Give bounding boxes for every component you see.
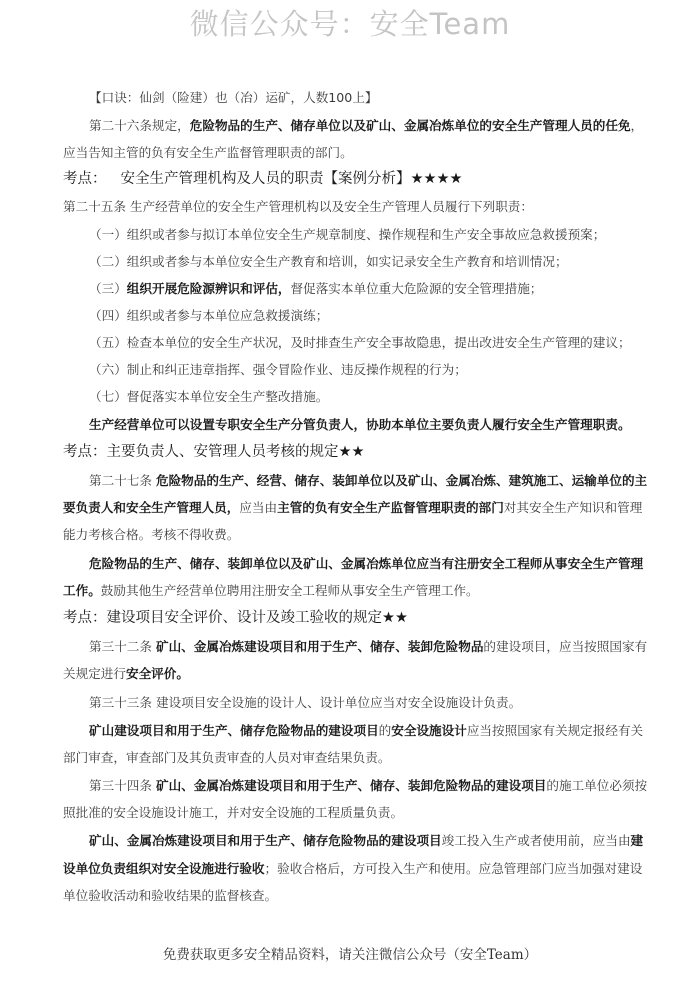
emphasis: 主管的负有安全生产监督管理职责的部门 <box>277 500 504 515</box>
article-25-item-5: （五）检查本单位的安全生产状况，及时排查生产安全事故隐患，提出改进安全生产管理的… <box>89 335 631 351</box>
item-text: 检查本单位的安全生产状况，及时排查生产安全事故隐患，提出改进安全生产管理的建议； <box>127 335 631 350</box>
item-text: 组织或者参与本单位应急救援演练； <box>127 308 329 323</box>
article-34-para-2-line-2: 设单位负责组织对安全设施进行验收；验收合格后，方可投入生产和使用。应急管理部门应… <box>63 861 642 877</box>
text: 的施工单位必须按 <box>546 778 647 793</box>
article-26-line-1: 第二十六条规定，危险物品的生产、储存单位以及矿山、金属冶炼单位的安全生产管理人员… <box>89 118 643 134</box>
item-number: （三） <box>89 281 127 296</box>
article-25-item-6: （六）制止和纠正违章指挥、强令冒险作业、违反操作规程的行为； <box>89 362 467 378</box>
emphasis: 安全设施设计 <box>391 723 467 738</box>
key-point-3-heading: 考点：建设项目安全评价、设计及竣工验收的规定★★ <box>63 610 408 626</box>
article-27-para-2-line-1: 危险物品的生产、储存、装卸单位以及矿山、金属冶炼单位应当有注册安全工程师从事安全… <box>89 556 643 572</box>
article-34-para-2-line-3: 单位验收活动和验收结果的监督核查。 <box>63 888 277 904</box>
text: 鼓励其他生产经营单位聘用注册安全工程师从事安全生产管理工作。 <box>101 583 479 598</box>
article-25-item-3: （三）组织开展危险源辨识和评估，督促落实本单位重大危险源的安全管理措施； <box>89 281 542 297</box>
text: 应当按照国家有关规定报经有关 <box>467 723 643 738</box>
article-27-line-2: 要负责人和安全生产管理人员，应当由主管的负有安全生产监督管理职责的部门对其安全生… <box>63 500 642 516</box>
item-emphasis: 组织开展危险源辨识和评估， <box>127 281 291 296</box>
article-33-line-1: 第三十三条 建设项目安全设施的设计人、设计单位应当对安全设施设计负责。 <box>89 695 521 711</box>
item-number: （六） <box>89 362 127 377</box>
emphasis: 设单位负责组织对安全设施进行验收 <box>63 861 265 876</box>
article-33-para-2-line-2: 部门审查，审查部门及其负责审查的人员对审查结果负责。 <box>63 750 390 766</box>
text: 竣工投入生产或者使用前，应当由 <box>442 833 631 848</box>
article-25-item-4: （四）组织或者参与本单位应急救援演练； <box>89 308 328 324</box>
article-33-para-2-line-1: 矿山建设项目和用于生产、储存危险物品的建设项目的安全设施设计应当按照国家有关规定… <box>89 723 643 739</box>
text: 应当由 <box>239 500 277 515</box>
item-text: 督促落实本单位重大危险源的安全管理措施； <box>291 281 543 296</box>
article-34-para-2-line-1: 矿山、金属冶炼建设项目和用于生产、储存危险物品的建设项目竣工投入生产或者使用前，… <box>89 833 643 849</box>
text: 的建设项目，应当按照国家有 <box>483 639 647 654</box>
item-text: 组织或者参与本单位安全生产教育和培训，如实记录安全生产教育和培训情况； <box>127 254 568 269</box>
article-25-item-2: （二）组织或者参与本单位安全生产教育和培训，如实记录安全生产教育和培训情况； <box>89 254 568 270</box>
text: 对其安全生产知识和管理 <box>504 500 643 515</box>
article-27-line-3: 能力考核合格。考核不得收费。 <box>63 527 239 543</box>
key-point-1-heading: 考点：安全生产管理机构及人员的职责【案例分析】★★★★ <box>63 171 463 187</box>
item-number: （五） <box>89 335 127 350</box>
article-34-line-2: 照批准的安全设施设计施工，并对安全设施的工程质量负责。 <box>63 805 403 821</box>
article-26-line-2: 应当告知主管的负有安全生产监督管理职责的部门。 <box>63 145 353 161</box>
punct: ， <box>631 118 644 133</box>
article-27-emphasis: 危险物品的生产、经营、储存、装卸单位以及矿山、金属冶炼、建筑施工、运输单位的主 <box>156 473 647 488</box>
emphasis: 建 <box>631 833 644 848</box>
article-25-intro: 第二十五条 生产经营单位的安全生产管理机构以及安全生产管理人员履行下列职责： <box>63 199 533 215</box>
article-25-item-1: （一）组织或者参与拟订本单位安全生产规章制度、操作规程和生产安全事故应急救援预案… <box>89 227 605 243</box>
text: 关规定进行 <box>63 666 126 681</box>
article-27-prefix: 第二十七条 <box>89 473 156 488</box>
item-text: 制止和纠正违章指挥、强令冒险作业、违反操作规程的行为； <box>127 362 467 377</box>
emphasis: 工作。 <box>63 583 101 598</box>
article-32-line-1: 第三十二条 矿山、金属冶炼建设项目和用于生产、储存、装卸危险物品的建设项目，应当… <box>89 639 647 655</box>
key-point-2-heading: 考点：主要负责人、安管理人员考核的规定★★ <box>63 444 365 460</box>
article-26-prefix: 第二十六条规定， <box>89 118 190 133</box>
article-26-emphasis: 危险物品的生产、储存单位以及矿山、金属冶炼单位的安全生产管理人员的任免 <box>190 118 631 133</box>
item-number: （二） <box>89 254 127 269</box>
article-32-line-2: 关规定进行安全评价。 <box>63 666 189 682</box>
article-27-line-1: 第二十七条 危险物品的生产、经营、储存、装卸单位以及矿山、金属冶炼、建筑施工、运… <box>89 473 647 489</box>
watermark: 微信公众号：安全Team <box>0 2 700 43</box>
article-32-prefix: 第三十二条 <box>89 639 156 654</box>
footer-promo: 免费获取更多安全精品资料，请关注微信公众号（安全Team） <box>0 943 700 963</box>
mnemonic: 【口诀：仙剑（险建）也（冶）运矿，人数100上】 <box>89 90 378 106</box>
item-number: （一） <box>89 227 127 242</box>
emphasis: 要负责人和安全生产管理人员， <box>63 500 239 515</box>
key-point-label: 考点： <box>63 171 107 187</box>
emphasis: 矿山建设项目和用于生产、储存危险物品的建设项目 <box>89 723 379 738</box>
emphasis: 矿山、金属冶炼建设项目和用于生产、储存危险物品的建设项目 <box>89 833 442 848</box>
item-number: （七） <box>89 389 127 404</box>
emphasis: 矿山、金属冶炼建设项目和用于生产、储存、装卸危险物品的建设项目 <box>156 778 546 793</box>
key-point-title: 安全生产管理机构及人员的职责【案例分析】★★★★ <box>121 171 463 187</box>
item-text: 督促落实本单位安全生产整改措施。 <box>127 389 329 404</box>
article-25-note: 生产经营单位可以设置专职安全生产分管负责人，协助本单位主要负责人履行安全生产管理… <box>89 417 631 433</box>
item-text: 组织或者参与拟订本单位安全生产规章制度、操作规程和生产安全事故应急救援预案； <box>127 227 606 242</box>
item-number: （四） <box>89 308 127 323</box>
emphasis: 矿山、金属冶炼建设项目和用于生产、储存、装卸危险物品 <box>156 639 483 654</box>
text: 的 <box>379 723 392 738</box>
article-25-item-7: （七）督促落实本单位安全生产整改措施。 <box>89 389 328 405</box>
text: ；验收合格后，方可投入生产和使用。应急管理部门应当加强对建设 <box>265 861 643 876</box>
article-27-para-2-line-2: 工作。鼓励其他生产经营单位聘用注册安全工程师从事安全生产管理工作。 <box>63 583 479 599</box>
emphasis: 安全评价。 <box>126 666 189 681</box>
article-34-prefix: 第三十四条 <box>89 778 156 793</box>
article-34-line-1: 第三十四条 矿山、金属冶炼建设项目和用于生产、储存、装卸危险物品的建设项目的施工… <box>89 778 647 794</box>
